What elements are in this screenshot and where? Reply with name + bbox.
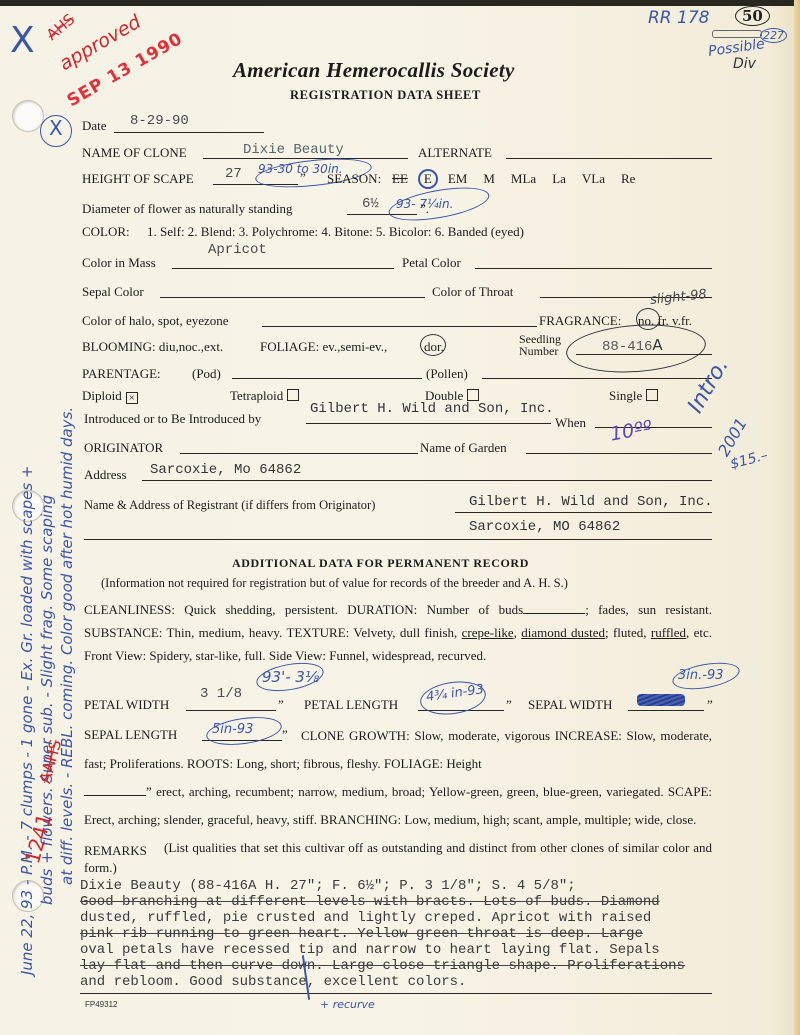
season-option-mla[interactable]: MLa (511, 171, 536, 187)
diploid-label: Diploid (82, 388, 122, 403)
remarks-line: Good branching at different levels with … (80, 894, 685, 910)
petal-color-label: Petal Color (402, 255, 461, 271)
when-label: When (555, 415, 586, 431)
scape-height-label: HEIGHT OF SCAPE (82, 171, 194, 187)
color-in-mass-line (172, 268, 394, 269)
remarks-line: and rebloom. Good substance, excellent c… (80, 974, 685, 990)
parentage-label: PARENTAGE: (82, 366, 161, 382)
season-option-em[interactable]: EM (448, 171, 468, 187)
pollen-line (482, 378, 712, 379)
color-options: 1. Self: 2. Blend: 3. Polychrome: 4. Bit… (147, 224, 524, 240)
registrant-line (455, 512, 712, 513)
div-note: Div (733, 56, 756, 72)
registration-data-sheet: X AHS approved SEP 13 1990 RR 178 50 227… (0, 0, 800, 1035)
punch-hole (12, 100, 44, 132)
originator-line (180, 453, 418, 454)
introduced-by-label: Introduced or to Be Introduced by (84, 411, 261, 427)
scan-top-edge (0, 0, 800, 6)
crossed-note: AHS (43, 10, 78, 44)
remarks-hint: (List qualities that set this cultivar o… (84, 838, 712, 878)
diploid-checkbox[interactable]: × (126, 392, 138, 404)
pollen-label: (Pollen) (426, 366, 468, 382)
dormant-circle (420, 334, 446, 356)
alternate-label: ALTERNATE (418, 145, 492, 161)
sepal-color-label: Sepal Color (82, 284, 144, 300)
originator-label: ORIGINATOR (84, 440, 163, 456)
tetraploid-option[interactable]: Tetraploid (230, 388, 299, 404)
halo-line (262, 326, 537, 327)
remarks-line: oval petals have recessed tip and narrow… (80, 942, 685, 958)
seedling-label-line2: Number (519, 345, 561, 357)
sepal-color-line (160, 297, 425, 298)
section-divider (84, 539, 712, 540)
petal-width-label: PETAL WIDTH (84, 697, 169, 713)
introduced-by-line (306, 423, 551, 424)
scape-height-value[interactable]: 27 (225, 166, 242, 182)
petal-length-oval (418, 678, 488, 719)
crepe-like-selected: crepe-like (462, 625, 514, 640)
clone-name-label: NAME OF CLONE (82, 145, 187, 161)
remarks-line: Dixie Beauty (88-416A H. 27"; F. 6½"; P.… (80, 878, 685, 894)
petal-width-line (186, 710, 276, 711)
introduced-by-value[interactable]: Gilbert H. Wild and Son, Inc. (310, 401, 554, 417)
ruffled-selected: ruffled (651, 625, 686, 640)
society-title: American Hemerocallis Society (233, 58, 515, 83)
date-line (114, 132, 264, 133)
double-checkbox[interactable] (467, 389, 479, 401)
color-in-mass-label: Color in Mass (82, 255, 156, 271)
season-option-re[interactable]: Re (621, 171, 635, 187)
blue-x-mark: X (10, 20, 35, 61)
scan-right-edge (794, 0, 800, 1035)
single-option[interactable]: Single (609, 388, 658, 404)
address-line (142, 480, 712, 481)
foliage-scape-text: ” erect, arching, recumbent; narrow, med… (84, 784, 712, 827)
petal-width-unit: ” (278, 697, 284, 713)
intro-note: Intro. (683, 354, 734, 417)
petal-length-label: PETAL LENGTH (304, 697, 398, 713)
registrant-name-value[interactable]: Gilbert H. Wild and Son, Inc. (469, 494, 713, 510)
tetraploid-label: Tetraploid (230, 388, 283, 403)
reference-number: RR 178 (648, 8, 709, 28)
diamond-dusted-selected: diamond dusted (521, 625, 605, 640)
address-value[interactable]: Sarcoxie, Mo 64862 (150, 462, 301, 478)
seedling-label: Seedling Number (519, 333, 561, 357)
color-in-mass-value[interactable]: Apricot (208, 242, 267, 258)
halo-label: Color of halo, spot, eyezone (82, 313, 229, 329)
scribbled-out-value (637, 694, 685, 706)
registrant-address-value[interactable]: Sarcoxie, MO 64862 (469, 519, 620, 535)
form-code: FP49312 (85, 1000, 117, 1009)
throat-color-label: Color of Throat (432, 284, 513, 300)
tetraploid-checkbox[interactable] (287, 389, 299, 401)
buds-count-line (523, 603, 585, 614)
growth-paragraph: CLONE GROWTH: Slow, moderate, vigorous I… (84, 722, 712, 778)
single-checkbox[interactable] (646, 389, 658, 401)
scape-height-unit: ” (300, 170, 306, 186)
additional-data-subheading: (Information not required for registrati… (101, 576, 568, 591)
registrant-label: Name & Address of Registrant (if differs… (84, 498, 375, 513)
remarks-bottom-line (80, 993, 712, 994)
foliage-type-label: FOLIAGE: ev.,semi-ev., (260, 339, 387, 355)
sepal-width-line (628, 710, 704, 711)
date-value[interactable]: 8-29-90 (130, 113, 189, 129)
petal-color-line (475, 268, 712, 269)
petal-width-value[interactable]: 3 1/8 (200, 686, 242, 702)
season-label: SEASON: (327, 171, 381, 187)
remarks-text: Dixie Beauty (88-416A H. 27"; F. 6½"; P.… (80, 878, 685, 990)
season-option-e[interactable]: E (418, 169, 438, 189)
fragrance-label: FRAGRANCE: (539, 313, 621, 329)
date-label: Date (82, 118, 107, 134)
pod-label: (Pod) (192, 366, 221, 382)
price-note: 10ºº (608, 417, 653, 446)
single-label: Single (609, 388, 642, 403)
garden-name-line (526, 453, 712, 454)
petal-length-unit: ” (506, 697, 512, 713)
season-option-la[interactable]: La (552, 171, 566, 187)
foliage-height-line (84, 785, 146, 796)
address-label: Address (84, 467, 127, 483)
diploid-option[interactable]: Diploid× (82, 388, 138, 404)
margin-note-line3: at diff. levels. - REBL. coming. Color g… (58, 407, 76, 885)
season-option-ee[interactable]: EE (392, 171, 408, 187)
diameter-value[interactable]: 6½ (362, 196, 379, 212)
sepal-width-unit: ” (707, 697, 713, 713)
remarks-line: lay flat and then curve down. Large clos… (80, 958, 685, 974)
remarks-line: pink rib running to green heart. Yellow … (80, 926, 685, 942)
clone-name-line (203, 158, 408, 159)
cleanliness-paragraph: CLEANLINESS: Quick shedding, persistent.… (84, 598, 712, 667)
cleanliness-text: CLEANLINESS: Quick shedding, persistent.… (84, 602, 523, 617)
foliage-paragraph: ” erect, arching, recumbent; narrow, med… (84, 778, 712, 834)
season-options: EEEEMMMLaLaVLaRe (392, 171, 651, 187)
fluted-text: ; fluted, (605, 625, 651, 640)
clone-name-value[interactable]: Dixie Beauty (243, 142, 344, 158)
recurve-note: + recurve (320, 998, 375, 1011)
margin-note-line1: June 22, 93 - P.M. - 7 clumps - 1 gone -… (18, 466, 36, 976)
diameter-label: Diameter of flower as naturally standing (82, 201, 292, 217)
x-mark: X (49, 116, 63, 140)
diameter-note-oval (386, 181, 491, 226)
season-option-m[interactable]: M (483, 171, 495, 187)
fragrance-note: slight-98 (649, 287, 707, 308)
sepal-width-label: SEPAL WIDTH (528, 697, 612, 713)
blooming-label: BLOOMING: diu,noc.,ext. (82, 339, 223, 355)
additional-data-heading: ADDITIONAL DATA FOR PERMANENT RECORD (232, 556, 529, 571)
diameter-unit: ”. (420, 201, 429, 217)
pod-line (232, 378, 422, 379)
circled-number: 50 (735, 6, 770, 26)
garden-name-label: Name of Garden (420, 440, 507, 456)
sheet-subtitle: REGISTRATION DATA SHEET (290, 88, 481, 103)
alternate-line (506, 158, 712, 159)
season-option-vla[interactable]: VLa (582, 171, 605, 187)
color-label: COLOR: (82, 224, 130, 240)
remarks-line: dusted, ruffled, pie crusted and lightly… (80, 910, 685, 926)
